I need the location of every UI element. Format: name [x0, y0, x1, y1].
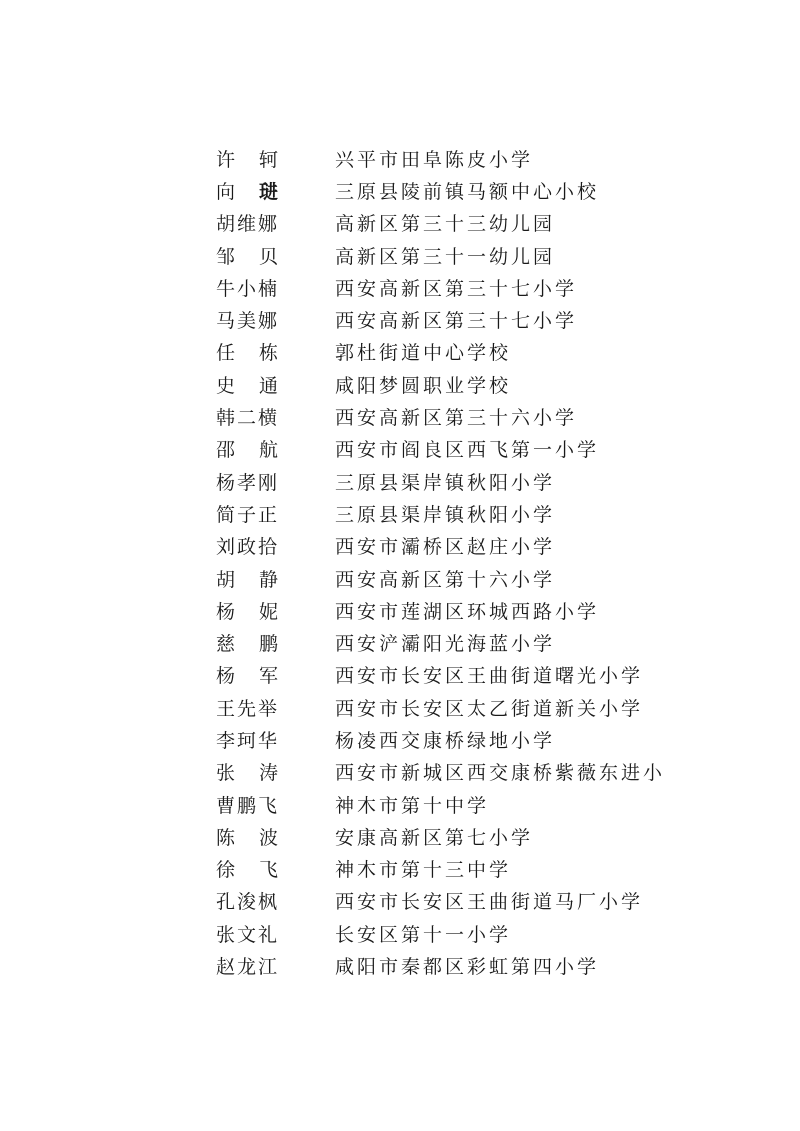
person-name: 任栋: [216, 338, 278, 365]
name-part: 通: [259, 371, 278, 398]
name-part: 王先举: [216, 694, 279, 721]
school-name: 西安市长安区王曲街道曙光小学: [335, 661, 643, 688]
school-name: 咸阳梦圆职业学校: [335, 371, 511, 398]
list-item: 许轲兴平市田阜陈皮小学: [216, 142, 665, 174]
list-item: 陈波安康高新区第七小学: [216, 820, 665, 852]
school-name: 西安浐灞阳光海蓝小学: [335, 629, 555, 656]
school-name: 西安高新区第三十七小学: [335, 306, 577, 333]
name-part: 陈: [216, 823, 235, 850]
school-name: 西安市长安区太乙街道新关小学: [335, 694, 643, 721]
list-item: 曹鹏飞神木市第十中学: [216, 788, 665, 820]
person-name: 马美娜: [216, 306, 335, 333]
list-item: 胡维娜高新区第三十三幼儿园: [216, 207, 665, 239]
school-name: 长安区第十一小学: [335, 920, 511, 947]
person-name: 向琎: [216, 177, 278, 204]
person-name: 杨孝刚: [216, 468, 335, 495]
list-item: 马美娜西安高新区第三十七小学: [216, 303, 665, 335]
list-item: 慈鹏西安浐灞阳光海蓝小学: [216, 626, 665, 658]
school-name: 西安市灞桥区赵庄小学: [335, 532, 555, 559]
name-part: 李珂华: [216, 726, 279, 753]
name-part: 栋: [259, 338, 278, 365]
list-item: 李珂华杨凌西交康桥绿地小学: [216, 723, 665, 755]
name-part: 张: [216, 758, 235, 785]
list-item: 徐飞神木市第十三中学: [216, 853, 665, 885]
person-name: 邹贝: [216, 242, 278, 269]
list-item: 赵龙江咸阳市秦都区彩虹第四小学: [216, 949, 665, 981]
school-name: 高新区第三十一幼儿园: [335, 242, 555, 269]
person-name: 徐飞: [216, 855, 278, 882]
list-item: 邵航西安市阎良区西飞第一小学: [216, 433, 665, 465]
name-part: 简子正: [216, 500, 279, 527]
name-part: 张文礼: [216, 920, 279, 947]
person-name: 胡维娜: [216, 209, 335, 236]
list-item: 向琎三原县陵前镇马额中心小校: [216, 174, 665, 206]
school-name: 西安市长安区王曲街道马厂小学: [335, 887, 643, 914]
school-name: 西安市莲湖区环城西路小学: [335, 597, 599, 624]
name-part: 韩二横: [216, 403, 279, 430]
list-item: 杨妮西安市莲湖区环城西路小学: [216, 594, 665, 626]
name-part: 许: [216, 145, 235, 172]
name-part: 妮: [259, 597, 278, 624]
school-name: 西安高新区第三十七小学: [335, 274, 577, 301]
list-item: 杨孝刚三原县渠岸镇秋阳小学: [216, 465, 665, 497]
person-name: 杨军: [216, 661, 278, 688]
name-part: 赵龙江: [216, 952, 279, 979]
name-part: 向: [216, 177, 235, 204]
person-name: 陈波: [216, 823, 278, 850]
person-name: 胡静: [216, 565, 278, 592]
name-part: 杨孝刚: [216, 468, 279, 495]
person-name: 简子正: [216, 500, 335, 527]
school-name: 高新区第三十三幼儿园: [335, 209, 555, 236]
name-part: 涛: [259, 758, 278, 785]
name-part: 任: [216, 338, 235, 365]
name-part: 孔浚枫: [216, 887, 279, 914]
name-school-list: 许轲兴平市田阜陈皮小学向琎三原县陵前镇马额中心小校胡维娜高新区第三十三幼儿园邹贝…: [216, 142, 665, 982]
list-item: 胡静西安高新区第十六小学: [216, 562, 665, 594]
school-name: 三原县陵前镇马额中心小校: [335, 177, 599, 204]
person-name: 邵航: [216, 435, 278, 462]
name-part: 静: [259, 565, 278, 592]
school-name: 西安高新区第十六小学: [335, 565, 555, 592]
school-name: 咸阳市秦都区彩虹第四小学: [335, 952, 599, 979]
name-part: 胡维娜: [216, 209, 279, 236]
person-name: 曹鹏飞: [216, 791, 335, 818]
name-part: 曹鹏飞: [216, 791, 279, 818]
school-name: 神木市第十三中学: [335, 855, 511, 882]
list-item: 孔浚枫西安市长安区王曲街道马厂小学: [216, 885, 665, 917]
list-item: 韩二横西安高新区第三十六小学: [216, 400, 665, 432]
document-page: 许轲兴平市田阜陈皮小学向琎三原县陵前镇马额中心小校胡维娜高新区第三十三幼儿园邹贝…: [0, 0, 800, 1131]
list-item: 史通咸阳梦圆职业学校: [216, 368, 665, 400]
name-part: 牛小楠: [216, 274, 279, 301]
list-item: 牛小楠西安高新区第三十七小学: [216, 271, 665, 303]
list-item: 简子正三原县渠岸镇秋阳小学: [216, 497, 665, 529]
list-item: 张涛西安市新城区西交康桥紫薇东进小: [216, 756, 665, 788]
name-part: 贝: [259, 242, 278, 269]
person-name: 许轲: [216, 145, 278, 172]
name-part: 胡: [216, 565, 235, 592]
school-name: 兴平市田阜陈皮小学: [335, 145, 533, 172]
name-part: 琎: [259, 177, 278, 204]
person-name: 张涛: [216, 758, 278, 785]
name-part: 杨: [216, 597, 235, 624]
name-part: 波: [259, 823, 278, 850]
name-part: 军: [259, 661, 278, 688]
list-item: 张文礼长安区第十一小学: [216, 917, 665, 949]
name-part: 邵: [216, 435, 235, 462]
name-part: 慈: [216, 629, 235, 656]
person-name: 牛小楠: [216, 274, 335, 301]
school-name: 西安市阎良区西飞第一小学: [335, 435, 599, 462]
name-part: 邹: [216, 242, 235, 269]
school-name: 三原县渠岸镇秋阳小学: [335, 500, 555, 527]
name-part: 飞: [259, 855, 278, 882]
name-part: 刘政拾: [216, 532, 279, 559]
name-part: 马美娜: [216, 306, 279, 333]
person-name: 张文礼: [216, 920, 335, 947]
list-item: 任栋郭杜街道中心学校: [216, 336, 665, 368]
person-name: 史通: [216, 371, 278, 398]
person-name: 刘政拾: [216, 532, 335, 559]
person-name: 赵龙江: [216, 952, 335, 979]
school-name: 三原县渠岸镇秋阳小学: [335, 468, 555, 495]
name-part: 鹏: [259, 629, 278, 656]
person-name: 韩二横: [216, 403, 335, 430]
list-item: 邹贝高新区第三十一幼儿园: [216, 239, 665, 271]
person-name: 孔浚枫: [216, 887, 335, 914]
list-item: 杨军西安市长安区王曲街道曙光小学: [216, 659, 665, 691]
name-part: 轲: [259, 145, 278, 172]
school-name: 安康高新区第七小学: [335, 823, 533, 850]
person-name: 李珂华: [216, 726, 335, 753]
school-name: 杨凌西交康桥绿地小学: [335, 726, 555, 753]
person-name: 王先举: [216, 694, 335, 721]
name-part: 徐: [216, 855, 235, 882]
list-item: 王先举西安市长安区太乙街道新关小学: [216, 691, 665, 723]
person-name: 杨妮: [216, 597, 278, 624]
person-name: 慈鹏: [216, 629, 278, 656]
name-part: 杨: [216, 661, 235, 688]
school-name: 郭杜街道中心学校: [335, 338, 511, 365]
list-item: 刘政拾西安市灞桥区赵庄小学: [216, 530, 665, 562]
school-name: 神木市第十中学: [335, 791, 489, 818]
school-name: 西安高新区第三十六小学: [335, 403, 577, 430]
school-name: 西安市新城区西交康桥紫薇东进小: [335, 758, 665, 785]
name-part: 史: [216, 371, 235, 398]
name-part: 航: [259, 435, 278, 462]
